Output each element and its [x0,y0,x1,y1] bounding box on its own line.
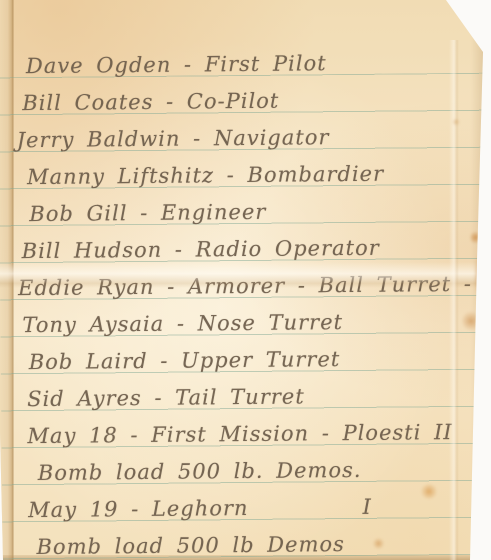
handwritten-line: Bob Gill - Engineer [29,202,266,225]
handwritten-line: Tony Aysaia - Nose Turret [22,312,343,336]
handwritten-line: Sid Ayres - Tail Turret [27,386,305,410]
handwritten-line: Jerry Baldwin - Navigator [17,127,330,151]
handwritten-line: Manny Liftshitz - Bombardier [27,164,384,188]
paper-crease-vertical [449,40,459,560]
photo-of-notebook-page: Dave Ogden - First Pilot Bill Coates - C… [0,0,491,560]
handwritten-line: Bill Hudson - Radio Operator [22,238,380,262]
handwritten-line: Bob Laird - Upper Turret [29,349,341,373]
handwritten-line: Bomb load 500 lb. Demos. [38,460,362,484]
handwritten-line: Bill Coates - Co-Pilot [22,91,279,114]
handwritten-line: Bomb load 500 lb Demos [36,534,344,558]
handwritten-line: May 18 - First Mission - Ploesti II [27,422,452,447]
handwritten-line: May 19 - Leghorn I [28,497,372,521]
paper-crease [0,262,477,288]
notebook-page: Dave Ogden - First Pilot Bill Coates - C… [0,0,491,560]
handwritten-line: Dave Ogden - First Pilot [26,53,327,77]
